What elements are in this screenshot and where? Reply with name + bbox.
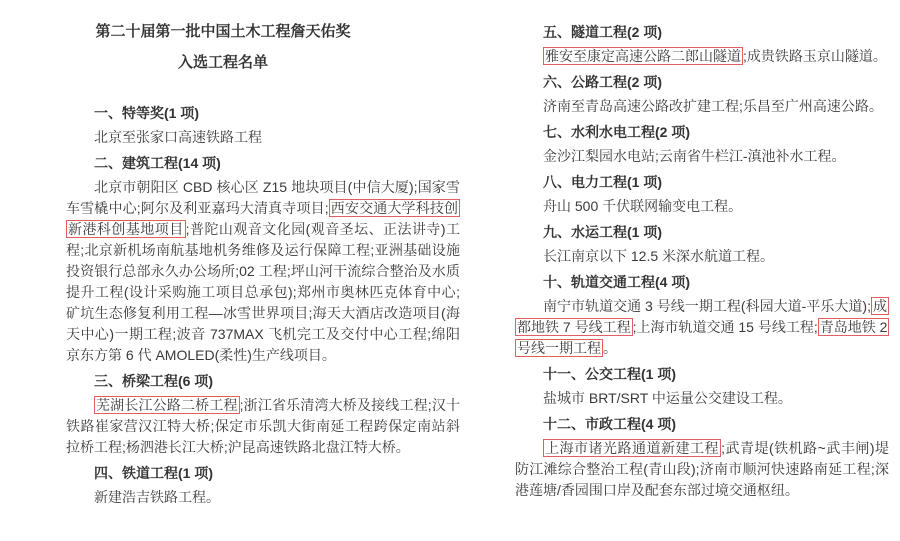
award-section: 九、水运工程(1 项)长江南京以下 12.5 米深水航道工程。 — [515, 222, 889, 267]
award-section: 一、特等奖(1 项)北京至张家口高速铁路工程 — [66, 103, 460, 148]
highlighted-project: 上海市诸光路通道新建工程 — [543, 439, 721, 457]
award-section: 十、轨道交通工程(4 项)南宁市轨道交通 3 号线一期工程(科园大道-平乐大道)… — [515, 272, 889, 359]
document-page: 第二十届第一批中国土木工程詹天佑奖 入选工程名单 一、特等奖(1 项)北京至张家… — [0, 0, 900, 541]
project-text: 舟山 500 千伏联网输变电工程。 — [543, 198, 742, 214]
section-heading: 一、特等奖(1 项) — [66, 103, 460, 124]
section-heading: 五、隧道工程(2 项) — [515, 22, 889, 43]
section-heading: 八、电力工程(1 项) — [515, 172, 889, 193]
section-paragraph: 芜湖长江公路二桥工程;浙江省乐清湾大桥及接线工程;汉十铁路崔家营汉江特大桥;保定… — [66, 395, 460, 458]
right-column: 五、隧道工程(2 项)雅安至康定高速公路二郎山隧道;成贵铁路玉京山隧道。六、公路… — [515, 17, 889, 501]
project-text: 济南至青岛高速公路改扩建工程;乐昌至广州高速公路。 — [543, 98, 883, 114]
section-heading: 十、轨道交通工程(4 项) — [515, 272, 889, 293]
section-heading: 十二、市政工程(4 项) — [515, 414, 889, 435]
section-paragraph: 雅安至康定高速公路二郎山隧道;成贵铁路玉京山隧道。 — [515, 46, 889, 67]
section-paragraph: 济南至青岛高速公路改扩建工程;乐昌至广州高速公路。 — [515, 96, 889, 117]
section-paragraph: 北京至张家口高速铁路工程 — [66, 127, 460, 148]
award-section: 四、铁道工程(1 项)新建浩吉铁路工程。 — [66, 463, 460, 508]
project-text: 盐城市 BRT/SRT 中运量公交建设工程。 — [543, 390, 792, 406]
document-title-line1: 第二十届第一批中国土木工程詹天佑奖 — [0, 16, 446, 47]
highlighted-project: 雅安至康定高速公路二郎山隧道 — [543, 47, 743, 65]
award-section: 十一、公交工程(1 项)盐城市 BRT/SRT 中运量公交建设工程。 — [515, 364, 889, 409]
section-heading: 三、桥梁工程(6 项) — [66, 371, 460, 392]
project-text: 长江南京以下 12.5 米深水航道工程。 — [543, 248, 774, 264]
left-column: 一、特等奖(1 项)北京至张家口高速铁路工程二、建筑工程(14 项)北京市朝阳区… — [66, 98, 460, 508]
award-section: 八、电力工程(1 项)舟山 500 千伏联网输变电工程。 — [515, 172, 889, 217]
award-section: 十二、市政工程(4 项)上海市诸光路通道新建工程;武青堤(铁机路~武丰闸)堤防江… — [515, 414, 889, 501]
award-section: 二、建筑工程(14 项)北京市朝阳区 CBD 核心区 Z15 地块项目(中信大厦… — [66, 153, 460, 366]
section-paragraph: 上海市诸光路通道新建工程;武青堤(铁机路~武丰闸)堤防江滩综合整治工程(青山段)… — [515, 438, 889, 501]
document-title-line2: 入选工程名单 — [0, 47, 446, 78]
section-paragraph: 南宁市轨道交通 3 号线一期工程(科园大道-平乐大道);成都地铁 7 号线工程;… — [515, 296, 889, 359]
project-text: ;成贵铁路玉京山隧道。 — [743, 48, 887, 64]
project-text: ;上海市轨道交通 15 号线工程; — [633, 319, 818, 335]
project-text: 北京至张家口高速铁路工程 — [94, 129, 262, 145]
section-paragraph: 长江南京以下 12.5 米深水航道工程。 — [515, 246, 889, 267]
section-heading: 六、公路工程(2 项) — [515, 72, 889, 93]
section-heading: 九、水运工程(1 项) — [515, 222, 889, 243]
award-section: 三、桥梁工程(6 项)芜湖长江公路二桥工程;浙江省乐清湾大桥及接线工程;汉十铁路… — [66, 371, 460, 458]
project-text: 南宁市轨道交通 3 号线一期工程(科园大道-平乐大道); — [543, 298, 871, 314]
section-paragraph: 舟山 500 千伏联网输变电工程。 — [515, 196, 889, 217]
section-heading: 二、建筑工程(14 项) — [66, 153, 460, 174]
section-heading: 四、铁道工程(1 项) — [66, 463, 460, 484]
project-text: 金沙江梨园水电站;云南省牛栏江-滇池补水工程。 — [543, 148, 846, 164]
section-paragraph: 金沙江梨园水电站;云南省牛栏江-滇池补水工程。 — [515, 146, 889, 167]
section-heading: 十一、公交工程(1 项) — [515, 364, 889, 385]
award-section: 六、公路工程(2 项)济南至青岛高速公路改扩建工程;乐昌至广州高速公路。 — [515, 72, 889, 117]
section-paragraph: 新建浩吉铁路工程。 — [66, 487, 460, 508]
highlighted-project: 芜湖长江公路二桥工程 — [94, 396, 240, 414]
project-text: 新建浩吉铁路工程。 — [94, 489, 220, 505]
section-heading: 七、水利水电工程(2 项) — [515, 122, 889, 143]
document-title: 第二十届第一批中国土木工程詹天佑奖 入选工程名单 — [0, 16, 446, 78]
section-paragraph: 盐城市 BRT/SRT 中运量公交建设工程。 — [515, 388, 889, 409]
project-text: ;普陀山观音文化园(观音圣坛、正法讲寺)工程;北京新机场南航基地机务维修及运行保… — [66, 221, 460, 363]
award-section: 七、水利水电工程(2 项)金沙江梨园水电站;云南省牛栏江-滇池补水工程。 — [515, 122, 889, 167]
section-paragraph: 北京市朝阳区 CBD 核心区 Z15 地块项目(中信大厦);国家雪车雪橇中心;阿… — [66, 177, 460, 366]
award-section: 五、隧道工程(2 项)雅安至康定高速公路二郎山隧道;成贵铁路玉京山隧道。 — [515, 22, 889, 67]
project-text: 。 — [603, 340, 617, 356]
